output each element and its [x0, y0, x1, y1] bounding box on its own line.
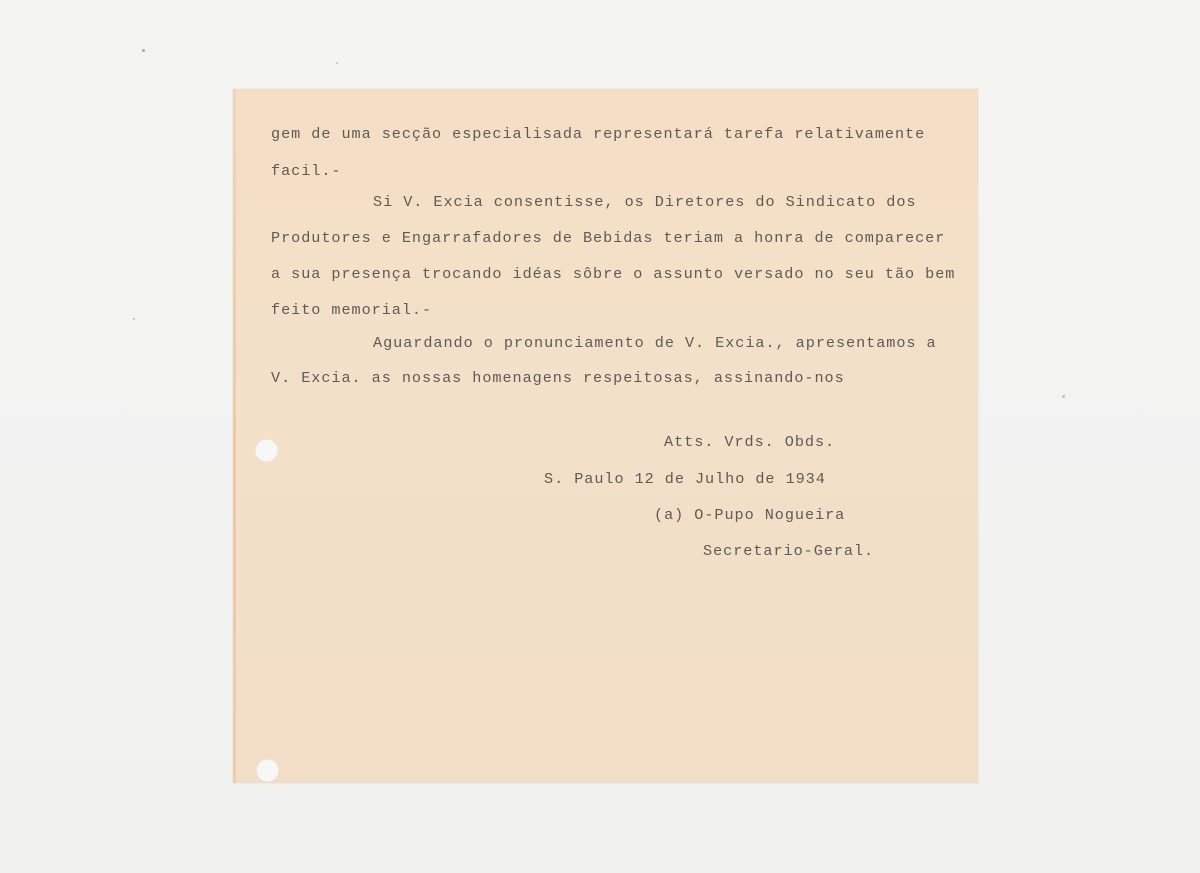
- body-line-8: V. Excia. as nossas homenagens respeitos…: [271, 369, 845, 387]
- body-line-5: a sua presença trocando idéas sôbre o as…: [271, 265, 955, 283]
- body-line-6: feito memorial.-: [271, 301, 432, 319]
- closing-title: Secretario-Geral.: [703, 542, 874, 560]
- closing-place-date: S. Paulo 12 de Julho de 1934: [544, 470, 826, 488]
- punch-hole-top: [255, 439, 278, 462]
- body-line-2: facil.-: [271, 162, 341, 180]
- closing-signature: (a) O-Pupo Nogueira: [654, 506, 845, 524]
- dust-speck: [133, 318, 135, 320]
- letter-page: gem de uma secção especialisada represen…: [233, 89, 978, 783]
- dust-speck: [1062, 395, 1065, 398]
- body-line-7-paragraph-start: Aguardando o pronunciamento de V. Excia.…: [373, 334, 937, 352]
- closing-salutation: Atts. Vrds. Obds.: [664, 433, 835, 451]
- body-line-1: gem de uma secção especialisada represen…: [271, 125, 925, 143]
- body-line-3-paragraph-start: Si V. Excia consentisse, os Diretores do…: [373, 193, 916, 211]
- punch-hole-bottom: [256, 759, 279, 782]
- dust-speck: [336, 62, 338, 64]
- dust-speck: [142, 49, 145, 52]
- body-line-4: Produtores e Engarrafadores de Bebidas t…: [271, 229, 945, 247]
